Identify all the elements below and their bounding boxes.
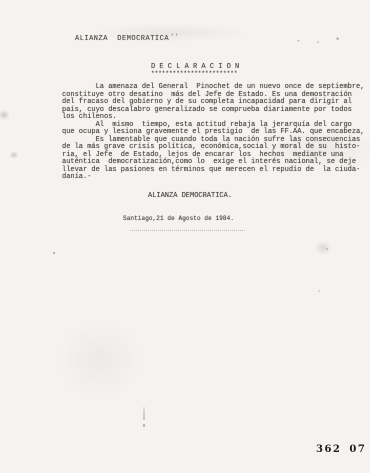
body-line: danía.- xyxy=(62,174,364,182)
stray-ink-mark-dot xyxy=(143,424,146,427)
edge-smudge xyxy=(8,150,20,160)
stray-ink-mark xyxy=(142,407,146,429)
scanned-document-page: ALIANZA DEMOCRATICA '' - . * D E C L A R… xyxy=(0,0,370,473)
edge-smudge xyxy=(0,108,12,122)
scan-speck xyxy=(318,290,320,292)
top-right-scan-marks: - . * xyxy=(296,37,345,46)
dateline: Santiago,21 de Agosto de 1984. xyxy=(123,215,234,222)
body-line: llevar de las pasiones en términos que m… xyxy=(62,167,364,175)
archive-page-number-stamp: 362 07 xyxy=(316,444,366,455)
stray-ink-mark-bar xyxy=(143,407,145,420)
scan-speck xyxy=(53,252,55,254)
edge-smudge xyxy=(312,238,334,258)
signature-line: ALIANZA DEMOCRATICA. xyxy=(148,192,232,200)
letterhead-stray-marks: '' xyxy=(170,34,178,42)
letterhead-org-name: ALIANZA DEMOCRATICA xyxy=(75,35,169,43)
bleed-through-dotted-line xyxy=(130,230,245,231)
title-underline-asterisks: ************************ xyxy=(151,70,237,77)
document-body: La amenaza del General Pinochet de un nu… xyxy=(62,84,364,182)
